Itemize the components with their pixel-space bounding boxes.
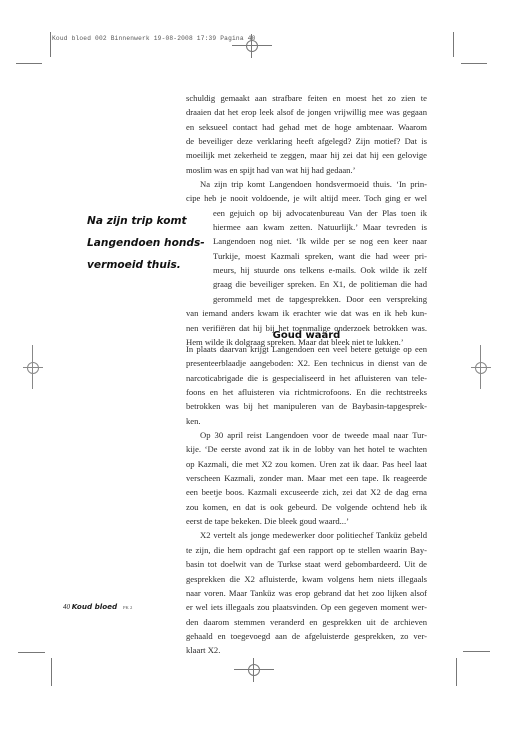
body-column-bottom: In plaats daarvan krijgt Langendoen een …	[186, 342, 427, 658]
text-line: een beetje boos. Kazmali excuseerde zich…	[186, 485, 427, 499]
text-line: er wel iets illegaals zou plaatsvinden. …	[186, 600, 427, 614]
body-column-top: schuldig gemaakt aan strafbare feiten en…	[186, 91, 427, 349]
registration-mark-bottom-icon	[234, 658, 274, 682]
text-line: cipe heb je nooit voldoende, je wilt alt…	[186, 191, 427, 205]
text-line: narcoticabrigade die is gespecialiseerd …	[186, 371, 427, 385]
paragraph: In plaats daarvan krijgt Langendoen een …	[186, 342, 427, 428]
crop-mark-top-right-v	[453, 32, 454, 57]
paragraph: X2 vertelt als jonge medewerker door pol…	[186, 528, 427, 657]
text-line: Op 30 april reist Langendoen voor de twe…	[186, 428, 427, 442]
text-line: en seksueel contact had gehad met de hog…	[186, 120, 427, 134]
page-number: 40	[63, 603, 70, 611]
text-line: gerommeld met de tapgesprekken. Door een…	[186, 292, 427, 306]
paragraph: Op 30 april reist Langendoen voor de twe…	[186, 428, 427, 528]
page-footer: 40 Koud bloed PK 2	[63, 602, 132, 611]
text-line: foons en het afluisteren via richtmicrof…	[186, 385, 427, 399]
text-line: op Kazmali, die met X2 zou komen. Uren z…	[186, 457, 427, 471]
text-line: zou komen, en dat is ook gebeurd. De vol…	[186, 500, 427, 514]
print-slug: Koud bloed 002 Binnenwerk 19-08-2008 17:…	[52, 35, 255, 42]
paragraph: Na zijn trip komt Langendoen hondsvermoe…	[186, 177, 427, 349]
crop-mark-top-left-v	[50, 32, 51, 57]
text-line: X2 vertelt als jonge medewerker door pol…	[186, 528, 427, 542]
text-line: te zijn, die hem opdracht gaf een rappor…	[186, 543, 427, 557]
text-line: hiermee aan kwam zetten. Natuurlijk.’ Ma…	[186, 220, 427, 234]
text-line: de beveiliger deze verklaring heeft afge…	[186, 134, 427, 148]
text-line: verscheen Kazmali, zonder man. Maar met …	[186, 471, 427, 485]
text-line: basin tot doelwit van de Turkse staat we…	[186, 557, 427, 571]
text-line: gehaald en toegevoegd aan de afgeluister…	[186, 629, 427, 643]
text-line: den daarom stemmen veranderd en gesprekk…	[186, 615, 427, 629]
book-title: Koud bloed	[72, 602, 117, 611]
crop-mark-bottom-right-h	[463, 651, 490, 652]
crop-mark-top-right-h	[461, 63, 487, 64]
text-line: draaien dat het erop leek alsof de jonge…	[186, 105, 427, 119]
text-line: moeilijk met zekerheid te zeggen, maar h…	[186, 148, 427, 162]
text-line: presenteerblaadje aangeboden: X2. Een te…	[186, 356, 427, 370]
text-line: kije. ‘De eerste avond zat ik in de lobb…	[186, 442, 427, 456]
text-line: Turkije, moest Kazmali spreken, want die…	[186, 249, 427, 263]
text-line: graag die beveiliger spreken. En X1, de …	[186, 277, 427, 291]
footer-code: PK 2	[123, 605, 132, 610]
paragraph: schuldig gemaakt aan strafbare feiten en…	[186, 91, 427, 177]
text-line: klaart X2.	[186, 643, 427, 657]
text-line: eerst de tape bekeken. Die bleek goud wa…	[186, 514, 427, 528]
crop-mark-bottom-left-h	[18, 652, 45, 653]
text-line: In plaats daarvan krijgt Langendoen een …	[186, 342, 427, 356]
text-line: schuldig gemaakt aan strafbare feiten en…	[186, 91, 427, 105]
text-line: Langendoen nog niet. ‘Ik wilde per se no…	[186, 234, 427, 248]
text-line: van iemand anders kwam ik erachter wie d…	[186, 306, 427, 320]
text-line: Na zijn trip komt Langendoen hondsvermoe…	[186, 177, 427, 191]
text-line: ken.	[186, 414, 427, 428]
text-line: naar voren. Maar Tanküz was erop gebrand…	[186, 586, 427, 600]
crop-mark-top-left-h	[16, 63, 42, 64]
crop-mark-bottom-right-v	[456, 658, 457, 686]
section-heading: Goud waard	[186, 330, 427, 341]
crop-mark-bottom-left-v	[51, 658, 52, 686]
text-line: betrokken was bij het manipuleren van de…	[186, 399, 427, 413]
text-line: moslim was en spijt had van wat hij had …	[186, 163, 427, 177]
text-line: meurs, hij stuurde ons telkens e-mails. …	[186, 263, 427, 277]
text-line: gesprekken die X2 afluisterde, kwam volg…	[186, 572, 427, 586]
registration-mark-left-icon	[21, 345, 45, 389]
registration-mark-top-icon	[232, 34, 272, 58]
text-line: een gejuich op bij advocatenbureau Van d…	[186, 206, 427, 220]
registration-mark-right-icon	[469, 345, 493, 389]
